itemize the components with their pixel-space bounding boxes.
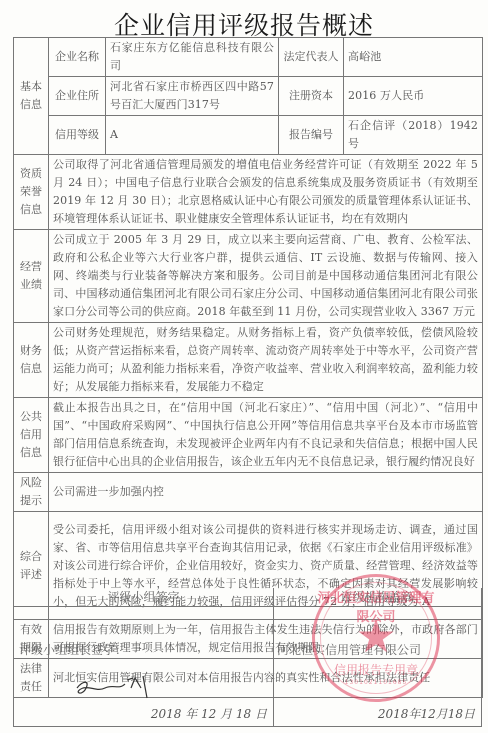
- seal-star-icon: ★: [315, 613, 437, 659]
- section-label-financial: 财务信息: [14, 323, 49, 398]
- public-credit-text: 截止本报告出具之日，在“信用中国（河北石家庄）”、“信用中国（河北）”、“信用中…: [49, 398, 483, 473]
- company-name-value: 石家庄东方亿能信息科技有限公司: [106, 38, 279, 77]
- rating-value: A: [106, 116, 279, 155]
- rating-team-signature-box: 评级小组签字 评级小组组长签字： 2018 年 12 月 18 日: [13, 588, 274, 727]
- section-label-public-credit: 公共信用信息: [14, 398, 49, 473]
- company-name-label: 企业名称: [49, 38, 106, 77]
- leader-signature-label: 评级小组组长签字：: [19, 641, 127, 658]
- leader-signature-date: 2018 年 12 月 18 日: [151, 705, 267, 722]
- legal-rep-label: 法定代表人: [279, 38, 344, 77]
- performance-text: 公司成立于 2005 年 3 月 29 日，成立以来主要向运营商、广电、教育、公…: [49, 230, 483, 323]
- address-value: 河北省石家庄市桥西区四中路57号百汇大厦西门317号: [106, 77, 279, 116]
- signature-area: 评级小组签字 评级小组组长签字： 2018 年 12 月 18 日 评级机构盖章…: [13, 588, 482, 728]
- section-label-performance: 经营业绩: [14, 230, 49, 323]
- seal-number: 1301021101685: [315, 679, 437, 686]
- capital-label: 注册资本: [279, 77, 344, 116]
- report-no-value: 石企信评（2018）1942 号: [344, 116, 483, 155]
- report-no-label: 报告编号: [279, 116, 344, 155]
- agency-seal-date: 2018年12月18日: [378, 705, 475, 722]
- financial-text: 公司财务处理规范，财务结果稳定。从财务指标上看，资产负债率较低，偿债风险较低；从…: [49, 323, 483, 398]
- capital-value: 2016 万人民币: [344, 77, 483, 116]
- address-label: 企业住所: [49, 77, 106, 116]
- rating-label: 信用等级: [49, 116, 106, 155]
- risk-text: 公司需进一步加强内控: [49, 473, 483, 512]
- section-label-qualifications: 资质荣誉信息: [14, 155, 49, 230]
- seal-sub-text: 信用报告专用章: [315, 661, 437, 678]
- legal-rep-value: 高峪池: [344, 38, 483, 77]
- section-label-risk: 风险提示: [14, 473, 49, 512]
- official-seal-icon: 河北恒实信用管理有限公司 ★ 信用报告专用章 1301021101685: [312, 574, 440, 702]
- qualifications-text: 公司取得了河北省通信管理局颁发的增值电信业务经营许可证（有效期至 2022 年 …: [49, 155, 483, 230]
- section-label-basic-info: 基本信息: [14, 38, 49, 155]
- rating-team-header: 评级小组签字: [14, 588, 273, 607]
- handwritten-signature-icon: [69, 666, 159, 700]
- agency-seal-box: 评级机构盖章 河北恒实信用管理有限公司 河北恒实信用管理有限公司 ★ 信用报告专…: [272, 588, 482, 727]
